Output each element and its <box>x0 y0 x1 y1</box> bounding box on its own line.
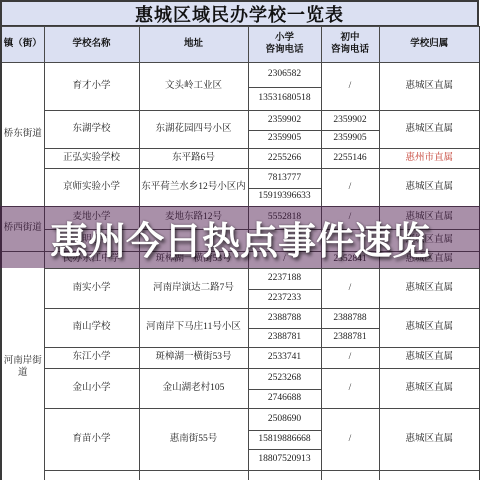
school-name-cell: 育苗小学 <box>44 409 139 471</box>
phone-value: 18807520913 <box>249 449 321 469</box>
table-row: 金山小学 金山湖老村105 2523268 2746688 / 惠城区直属 <box>1 369 480 409</box>
phone-value: 7813777 <box>249 170 321 188</box>
school-name-cell: 正弘实验学校 <box>44 149 139 169</box>
phone-value: 2359902 <box>249 112 321 130</box>
table-row: 东江小学 斑樟湖一横街53号 2533741 / 惠城区直属 <box>1 348 480 369</box>
middle-phone-cell: / <box>321 169 379 207</box>
table-row: 南山学校 河南岸下马庄11号小区 2388788 2388781 2388788… <box>1 309 480 348</box>
banner-text: 惠州今日热点事件速览 <box>50 210 430 265</box>
primary-phone-cell: 2523268 2746688 <box>248 369 321 409</box>
header-line: 初中 <box>323 33 378 45</box>
affiliation-cell: 惠城区直属 <box>379 111 480 149</box>
column-header-affiliation: 学校归属 <box>379 27 480 63</box>
address-cell: 东平路6号 <box>139 149 248 169</box>
table-row: 南实小学 河南岸演达二路7号 2237188 2237233 / 惠城区直属 <box>1 269 480 309</box>
phone-value: 15819886668 <box>249 430 321 450</box>
school-name-cell: 育才小学 <box>44 63 139 111</box>
phone-value: 2359902 <box>322 112 379 130</box>
primary-phone-cell: 2306582 13531680518 <box>248 63 321 111</box>
phone-value: 2306582 <box>249 64 321 87</box>
address-cell: 东湖花园四号小区 <box>139 111 248 149</box>
middle-phone-cell-empty <box>321 471 379 480</box>
primary-phone-cell: 2359902 2359905 <box>248 111 321 149</box>
table-row: 正弘实验学校 东平路6号 2255266 2255146 惠州市直属 <box>1 149 480 169</box>
affiliation-cell-highlighted: 惠州市直属 <box>379 149 480 169</box>
phone-value: 2359905 <box>322 130 379 148</box>
phone-value: 15919396633 <box>249 188 321 206</box>
column-header-middle-phone: 初中 咨询电话 <box>321 27 379 63</box>
primary-phone-cell: 2508690 15819886668 18807520913 <box>248 409 321 471</box>
affiliation-cell-empty <box>379 471 480 480</box>
header-line: 咨询电话 <box>250 45 320 57</box>
phone-value: 2746688 <box>249 389 321 408</box>
school-name-cell: 金山小学 <box>44 369 139 409</box>
address-cell: 金山湖老村105 <box>139 369 248 409</box>
banner-overlay: 惠州今日热点事件速览 <box>0 206 480 268</box>
table-row-partial <box>1 471 480 480</box>
phone-value: 2388781 <box>249 328 321 347</box>
affiliation-cell: 惠城区直属 <box>379 348 480 369</box>
phone-value: 2388788 <box>249 310 321 329</box>
address-cell: 惠南街55号 <box>139 409 248 471</box>
column-header-school-name: 学校名称 <box>44 27 139 63</box>
phone-value: 2237188 <box>249 270 321 289</box>
primary-phone-cell: 2533741 <box>248 348 321 369</box>
table-header-row: 镇（街） 学校名称 地址 小学 咨询电话 初中 咨询电话 学校归属 <box>1 27 480 63</box>
school-name-cell-empty <box>44 471 139 480</box>
address-cell: 文头岭工业区 <box>139 63 248 111</box>
phone-value: 2508690 <box>249 410 321 430</box>
phone-value: 2523268 <box>249 370 321 389</box>
page-title: 惠城区域民办学校一览表 <box>0 0 479 26</box>
primary-phone-cell: 7813777 15919396633 <box>248 169 321 207</box>
table-row: 东湖学校 东湖花园四号小区 2359902 2359905 2359902 23… <box>1 111 480 149</box>
phone-value: 2388788 <box>322 310 379 329</box>
school-name-cell: 南实小学 <box>44 269 139 309</box>
school-name-cell: 南山学校 <box>44 309 139 348</box>
middle-phone-cell: 2388788 2388781 <box>321 309 379 348</box>
middle-phone-cell: / <box>321 348 379 369</box>
phone-value: 2359905 <box>249 130 321 148</box>
middle-phone-cell: / <box>321 369 379 409</box>
school-name-cell: 东湖学校 <box>44 111 139 149</box>
column-header-town: 镇（街） <box>1 27 44 63</box>
table-row: 育苗小学 惠南街55号 2508690 15819886668 18807520… <box>1 409 480 471</box>
column-header-address: 地址 <box>139 27 248 63</box>
middle-phone-cell: 2255146 <box>321 149 379 169</box>
phone-value: 13531680518 <box>249 87 321 110</box>
table-row: 京师实验小学 东平荷兰水乡12号小区内 7813777 15919396633 … <box>1 169 480 207</box>
address-cell-empty <box>139 471 248 480</box>
primary-phone-cell: 2255266 <box>248 149 321 169</box>
primary-phone-cell-empty <box>248 471 321 480</box>
middle-phone-cell: 2359902 2359905 <box>321 111 379 149</box>
middle-phone-cell: / <box>321 63 379 111</box>
address-cell: 河南岸演达二路7号 <box>139 269 248 309</box>
affiliation-cell: 惠城区直属 <box>379 369 480 409</box>
address-cell: 斑樟湖一横街53号 <box>139 348 248 369</box>
affiliation-cell: 惠城区直属 <box>379 63 480 111</box>
school-name-cell: 京师实验小学 <box>44 169 139 207</box>
middle-phone-cell: / <box>321 269 379 309</box>
header-line: 小学 <box>250 33 320 45</box>
affiliation-cell: 惠城区直属 <box>379 269 480 309</box>
primary-phone-cell: 2388788 2388781 <box>248 309 321 348</box>
town-cell: 桥东街道 <box>1 63 44 207</box>
screenshot-root: 惠城区域民办学校一览表 镇（街） 学校名称 地址 小学 咨询电话 初中 咨询电话… <box>0 0 480 480</box>
affiliation-cell: 惠城区直属 <box>379 309 480 348</box>
column-header-primary-phone: 小学 咨询电话 <box>248 27 321 63</box>
affiliation-cell: 惠城区直属 <box>379 409 480 471</box>
table-row: 桥东街道 育才小学 文头岭工业区 2306582 13531680518 / 惠… <box>1 63 480 111</box>
school-name-cell: 东江小学 <box>44 348 139 369</box>
phone-value: 2388781 <box>322 328 379 347</box>
header-line: 咨询电话 <box>323 45 378 57</box>
primary-phone-cell: 2237188 2237233 <box>248 269 321 309</box>
middle-phone-cell: / <box>321 409 379 471</box>
address-cell: 东平荷兰水乡12号小区内 <box>139 169 248 207</box>
phone-value: 2237233 <box>249 289 321 308</box>
address-cell: 河南岸下马庄11号小区 <box>139 309 248 348</box>
town-cell: 河南岸街道 <box>1 252 44 480</box>
affiliation-cell: 惠城区直属 <box>379 169 480 207</box>
